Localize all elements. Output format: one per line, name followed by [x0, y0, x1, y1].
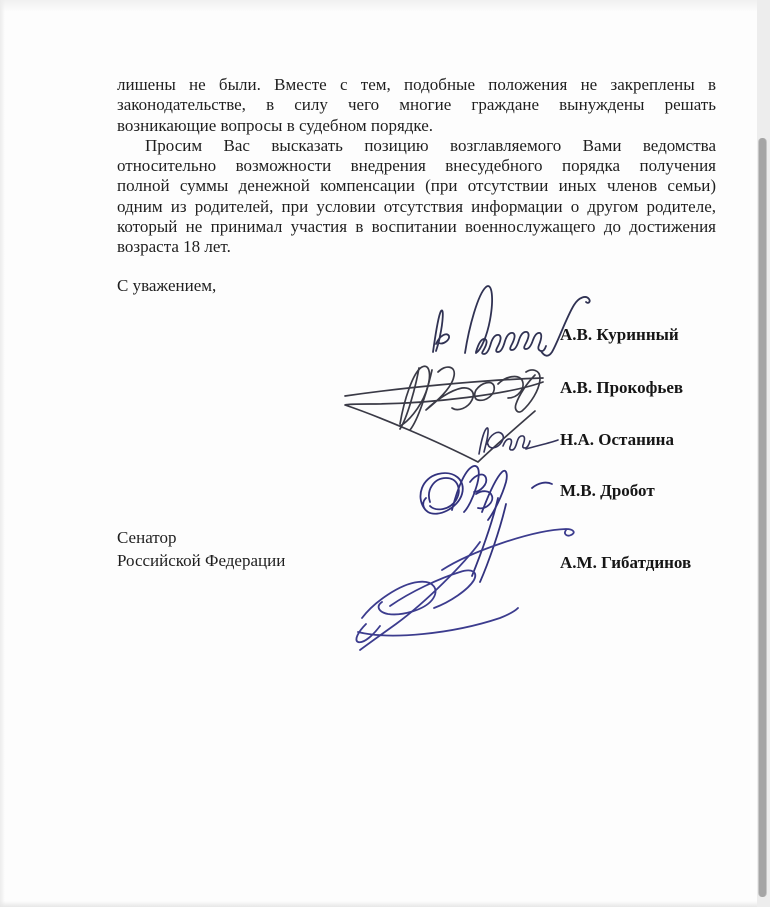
- body-line: возраста 18 лет.: [117, 237, 716, 257]
- sender-title-line1: Сенатор: [117, 527, 285, 550]
- body-line: лишены не были. Вместе с тем, подобные п…: [117, 75, 716, 95]
- body-line: полной суммы денежной компенсации (при о…: [117, 176, 716, 196]
- signature-prokofiev: [345, 366, 543, 462]
- page-top-edge: [0, 0, 770, 12]
- body-line: возникающие вопросы в судебном порядке.: [117, 116, 716, 136]
- signatory-name-ostanina: Н.А. Останина: [560, 430, 674, 450]
- sender-title-line2: Российской Федерации: [117, 550, 285, 573]
- signatory-name-gibatdinov: А.М. Гибатдинов: [560, 553, 691, 573]
- scrollbar-thumb[interactable]: [758, 138, 767, 897]
- signature-drobot: [420, 466, 552, 582]
- scrollbar-track[interactable]: [757, 0, 770, 907]
- body-line: законодательстве, в силу чего многие гра…: [117, 95, 716, 115]
- body-line: Просим Вас высказать позицию возглавляем…: [117, 136, 716, 156]
- body-line: который не принимал участия в воспитании…: [117, 217, 716, 237]
- signatory-name-drobot: М.В. Дробот: [560, 481, 655, 501]
- page-bottom-edge: [0, 901, 770, 907]
- signature-kurinny: [433, 286, 590, 356]
- closing-salutation: С уважением,: [117, 276, 216, 296]
- document-page: лишены не были. Вместе с тем, подобные п…: [0, 0, 770, 907]
- letter-body: лишены не были. Вместе с тем, подобные п…: [117, 75, 716, 258]
- sender-title: Сенатор Российской Федерации: [117, 527, 285, 572]
- signatory-name-kurinny: А.В. Куринный: [560, 325, 679, 345]
- body-line: относительно возможности внедрения внесу…: [117, 156, 716, 176]
- body-line: одним из родителей, при условии отсутств…: [117, 197, 716, 217]
- signatory-name-prokofiev: А.В. Прокофьев: [560, 378, 683, 398]
- signature-gibatdinov: [356, 529, 573, 650]
- page-left-edge: [0, 0, 5, 907]
